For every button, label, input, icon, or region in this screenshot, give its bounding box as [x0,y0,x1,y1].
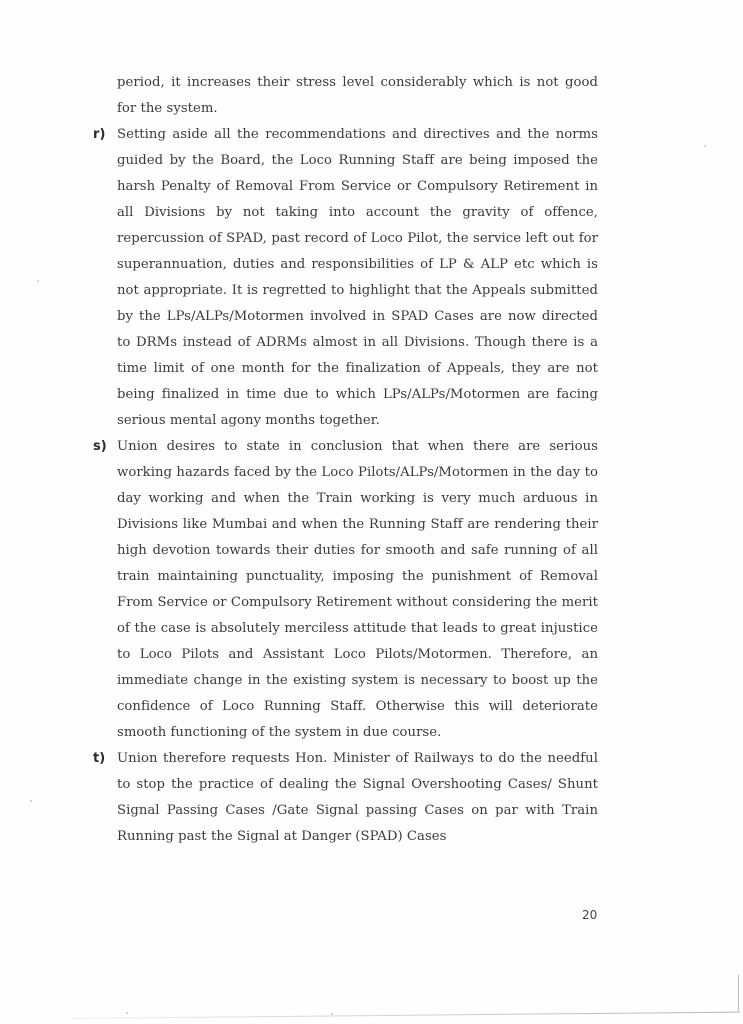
scan-speck [126,1012,128,1014]
list-item-text: Setting aside all the recommendations an… [117,122,598,434]
page-number: 20 [582,908,597,922]
list-item-t: t) Union therefore requests Hon. Ministe… [117,746,598,850]
list-marker: s) [93,434,107,460]
scan-speck [331,1013,333,1015]
paper-bottom-edge [70,1012,740,1019]
scan-speck [30,800,32,802]
paper-right-edge [738,975,739,1011]
list-marker: r) [93,122,105,148]
continuation-paragraph: period, it increases their stress level … [117,70,598,122]
scanned-page: period, it increases their stress level … [0,0,743,1024]
scan-speck [37,280,39,282]
scan-speck [704,145,706,147]
list-marker: t) [93,746,105,772]
page-body: period, it increases their stress level … [117,70,598,850]
list-item-text: Union therefore requests Hon. Minister o… [117,746,598,850]
list-item-s: s) Union desires to state in conclusion … [117,434,598,746]
list-item-text: Union desires to state in conclusion tha… [117,434,598,746]
list-item-r: r) Setting aside all the recommendations… [117,122,598,434]
